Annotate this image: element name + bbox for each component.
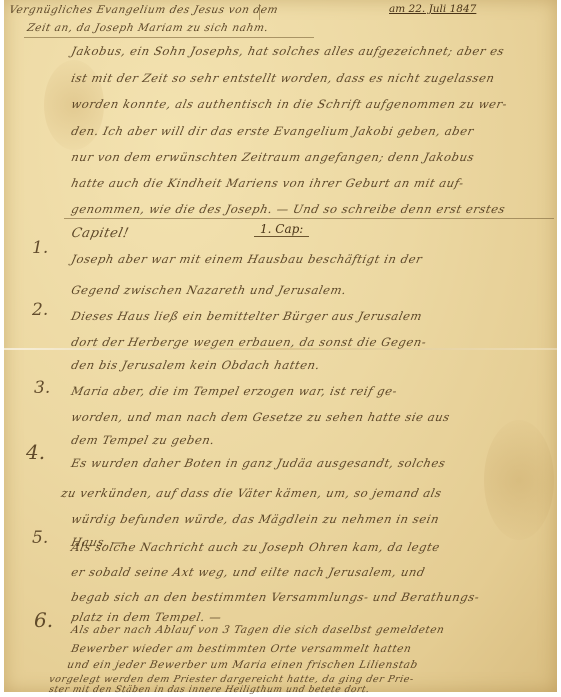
chapter-heading: 1. Cap: [254, 222, 309, 237]
verse-line: ster mit den Stäben in das innere Heilig… [48, 685, 371, 695]
verse-line: platz in dem Tempel. — [70, 610, 223, 624]
date-note: am 22. Juli 1847 [389, 3, 476, 15]
verse-line: Dieses Haus ließ ein bemittelter Bürger … [70, 309, 424, 323]
verse-number: 4. [26, 440, 45, 464]
verse-number: 1. [32, 238, 48, 258]
header-note-line: Zeit an, da Joseph Mariam zu sich nahm. [26, 22, 270, 34]
section-rule [64, 218, 554, 219]
header-divider [259, 4, 260, 20]
intro-line: ist mit der Zeit so sehr entstellt worde… [70, 71, 496, 85]
intro-line: hatte auch die Kindheit Mariens von ihre… [70, 176, 465, 190]
verse-line: Gegend zwischen Nazareth und Jerusalem. [70, 283, 348, 297]
intro-line: Jakobus, ein Sohn Josephs, hat solches a… [70, 44, 506, 58]
verse-line: Joseph aber war mit einem Hausbau beschä… [70, 252, 424, 266]
intro-line: den. Ich aber will dir das erste Evangel… [70, 124, 475, 138]
verse-line: begab sich an den bestimmten Versammlung… [70, 590, 481, 604]
verse-line: und ein jeder Bewerber um Maria einen fr… [66, 659, 419, 671]
verse-line: würdig befunden würde, das Mägdlein zu n… [70, 512, 441, 526]
intro-line: genommen, wie die des Joseph. — Und so s… [70, 202, 507, 216]
verse-line: vorgelegt werden dem Priester dargereich… [48, 674, 415, 685]
header-note-line: Vergnügliches Evangelium des Jesus von d… [8, 4, 279, 16]
verse-line: dem Tempel zu geben. [70, 433, 216, 447]
verse-line: worden, und man nach dem Gesetze zu sehe… [70, 410, 451, 424]
verse-number: 2. [32, 300, 48, 320]
paper-stain [484, 420, 554, 540]
verse-line: Als solche Nachricht auch zu Joseph Ohre… [70, 540, 441, 554]
verse-line: Maria aber, die im Tempel erzogen war, i… [70, 384, 399, 398]
intro-line: worden konnte, als authentisch in die Sc… [70, 97, 509, 111]
verse-line: zu verkünden, auf dass die Väter kämen, … [60, 486, 443, 500]
verse-line: Als aber nach Ablauf von 3 Tagen die sic… [70, 624, 446, 636]
verse-number: 5. [32, 528, 48, 548]
verse-number: 3. [34, 378, 50, 398]
intro-line: Capitel! [70, 226, 130, 241]
intro-line: nur von dem erwünschten Zeitraum angefan… [70, 150, 476, 164]
header-underline [24, 37, 314, 38]
verse-line: dort der Herberge wegen erbauen, da sons… [70, 335, 428, 349]
verse-number: 6. [34, 608, 53, 632]
manuscript-page: Vergnügliches Evangelium des Jesus von d… [4, 0, 557, 692]
verse-line: Bewerber wieder am bestimmten Orte versa… [70, 643, 413, 655]
verse-line: er sobald seine Axt weg, und eilte nach … [70, 565, 427, 579]
verse-line: den bis Jerusalem kein Obdach hatten. [70, 358, 322, 372]
verse-line: Es wurden daher Boten in ganz Judäa ausg… [70, 456, 447, 470]
